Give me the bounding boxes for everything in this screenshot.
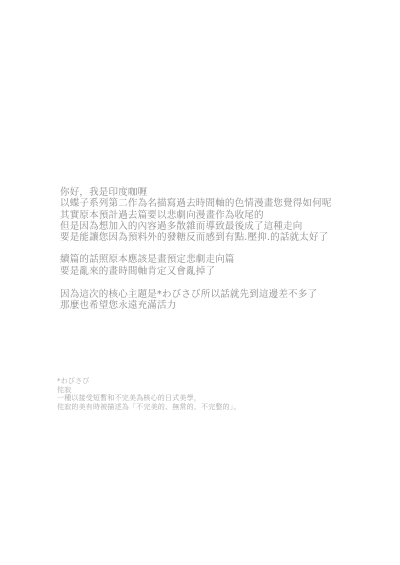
- text-line: 其實原本預計過去篇要以悲劇向漫畫作為收尾的: [60, 210, 332, 221]
- footnote-term: *わびさび: [57, 377, 241, 386]
- text-line: 續篇的話照原本應該是畫預定悲劇走向篇: [60, 254, 332, 265]
- text-line: 要是能讓您因為預料外的發糖反而感到有點.壓抑.的話就太好了: [60, 232, 332, 243]
- paragraph-sequel: 續篇的話照原本應該是畫預定悲劇走向篇 要是亂來的畫時間軸肯定又會亂掉了: [60, 254, 332, 277]
- footnote-definition-line: 一種以接受短暫和不完美為核心的日式美學，: [57, 394, 241, 403]
- text-line: 要是亂來的畫時間軸肯定又會亂掉了: [60, 266, 332, 277]
- text-line: 你好，我是印度咖喱: [60, 187, 332, 198]
- paragraph-closing: 因為這次的核心主題是*わびさび所以話就先到這邊差不多了 那麼也希望您永遠充滿活力: [60, 289, 332, 312]
- afterword-text-block: 你好，我是印度咖喱 以蝶子系列第二作為名描寫過去時間軸的色情漫畫您覺得如何呢 其…: [60, 187, 332, 312]
- footnote-definition-line: 侘寂的美有時被描述為「不完美的、無常的、不完整的」。: [57, 403, 241, 412]
- afterword-page: 你好，我是印度咖喱 以蝶子系列第二作為名描寫過去時間軸的色情漫畫您覺得如何呢 其…: [0, 0, 400, 565]
- wabisabi-footnote: *わびさび 侘寂 一種以接受短暫和不完美為核心的日式美學， 侘寂的美有時被描述為…: [57, 377, 241, 411]
- text-line: 以蝶子系列第二作為名描寫過去時間軸的色情漫畫您覺得如何呢: [60, 198, 332, 209]
- text-line: 但是因為想加入的內容過多散雜而導致最後成了這種走向: [60, 221, 332, 232]
- footnote-kanji: 侘寂: [57, 386, 241, 395]
- text-line: 那麼也希望您永遠充滿活力: [60, 300, 332, 311]
- text-line: 因為這次的核心主題是*わびさび所以話就先到這邊差不多了: [60, 289, 332, 300]
- paragraph-greeting: 你好，我是印度咖喱 以蝶子系列第二作為名描寫過去時間軸的色情漫畫您覺得如何呢 其…: [60, 187, 332, 243]
